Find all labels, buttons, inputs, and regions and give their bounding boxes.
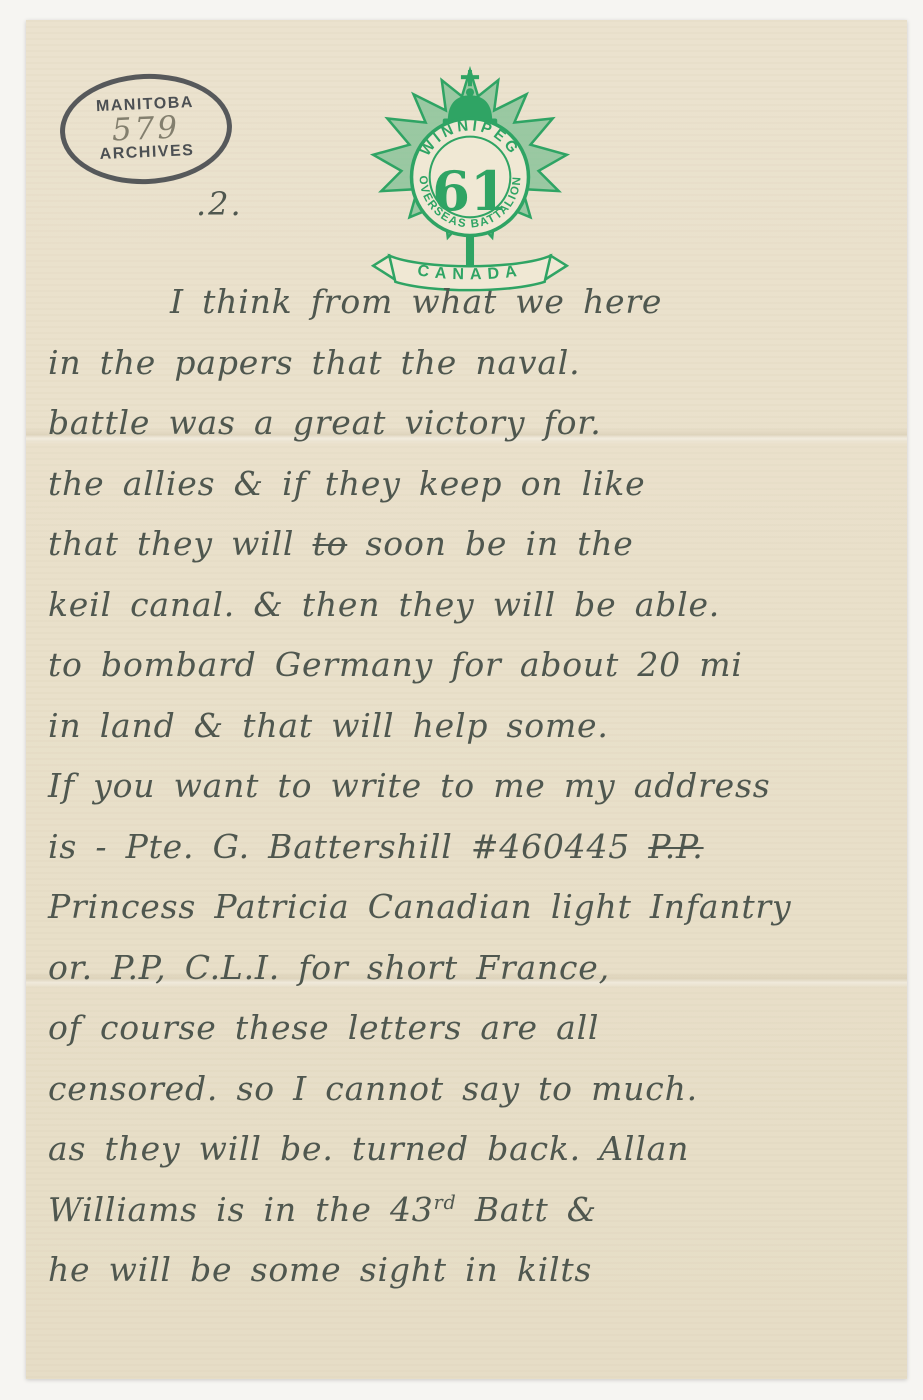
letter-line: censored. so I cannot say to much. xyxy=(48,1069,891,1130)
letter-line: or. P.P, C.L.I. for short France, xyxy=(48,948,891,1009)
handwritten-page-number: .2. xyxy=(196,185,243,223)
letter-line: Williams is in the 43rd Batt & xyxy=(48,1190,891,1251)
handwritten-text: Batt & xyxy=(457,1190,597,1229)
handwritten-text: I think from what we here xyxy=(170,282,662,321)
handwritten-text: If you want to write to me my address xyxy=(48,766,770,805)
handwritten-text: Princess Patricia Canadian light Infantr… xyxy=(48,887,791,926)
letter-line: of course these letters are all xyxy=(48,1008,891,1069)
letter-paper: MANITOBA 579 ARCHIVES xyxy=(26,20,907,1379)
letter-line: to bombard Germany for about 20 mi xyxy=(48,645,891,706)
letter-line: that they will to soon be in the xyxy=(48,524,891,585)
handwritten-text: of course these letters are all xyxy=(48,1008,599,1047)
handwritten-text: as they will be. turned back. Allan xyxy=(48,1129,689,1168)
stamp-bottom-text: ARCHIVES xyxy=(99,142,194,164)
letter-line: is - Pte. G. Battershill #460445 P.P. xyxy=(48,827,891,888)
letter-line: he will be some sight in kilts xyxy=(48,1250,891,1311)
handwritten-text: soon be in the xyxy=(347,524,633,563)
letter-line: I think from what we here xyxy=(48,282,891,343)
battalion-crest-maple-leaf: WINNIPEG 61 OVERSEAS BATTALION CANADA xyxy=(356,58,584,300)
scanned-letter-page: MANITOBA 579 ARCHIVES xyxy=(0,0,923,1400)
struck-out-text: to xyxy=(313,524,348,563)
handwritten-text: or. P.P, C.L.I. for short France, xyxy=(48,948,610,987)
handwritten-text: he will be some sight in kilts xyxy=(48,1250,592,1289)
handwritten-text: in the papers that the naval. xyxy=(48,343,580,382)
letter-line: keil canal. & then they will be able. xyxy=(48,585,891,646)
handwritten-text: keil canal. & then they will be able. xyxy=(48,585,720,624)
handwritten-text: battle was a great victory for. xyxy=(48,403,602,442)
handwritten-text: the allies & if they keep on like xyxy=(48,464,645,503)
handwritten-text: rd xyxy=(434,1191,457,1214)
handwritten-text: is - Pte. G. Battershill #460445 xyxy=(48,827,648,866)
handwritten-text: Williams is in the 43 xyxy=(48,1190,434,1229)
letter-line: Princess Patricia Canadian light Infantr… xyxy=(48,887,891,948)
letter-line: in the papers that the naval. xyxy=(48,343,891,404)
stamp-number: 579 xyxy=(111,113,180,146)
handwritten-text: censored. so I cannot say to much. xyxy=(48,1069,698,1108)
letter-line: battle was a great victory for. xyxy=(48,403,891,464)
handwritten-text: that they will xyxy=(48,524,313,563)
letter-line: If you want to write to me my address xyxy=(48,766,891,827)
letter-line: the allies & if they keep on like xyxy=(48,464,891,525)
letter-line: as they will be. turned back. Allan xyxy=(48,1129,891,1190)
struck-out-text: P.P. xyxy=(648,827,703,866)
letter-line: in land & that will help some. xyxy=(48,706,891,767)
letter-body: I think from what we herein the papers t… xyxy=(48,282,891,1311)
manitoba-archives-stamp: MANITOBA 579 ARCHIVES xyxy=(58,70,235,187)
handwritten-text: in land & that will help some. xyxy=(48,706,609,745)
handwritten-text: to bombard Germany for about 20 mi xyxy=(48,645,743,684)
